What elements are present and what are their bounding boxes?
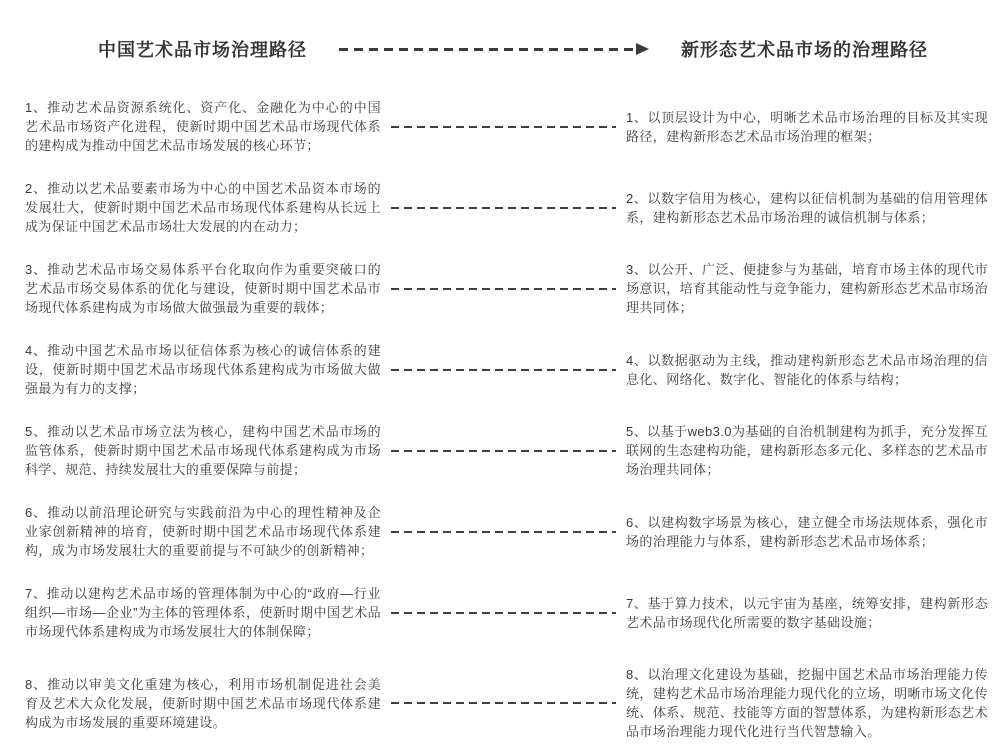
left-path-item-4: 4、推动中国艺术品市场以征信体系为核心的诚信体系的建设，使新时期中国艺术品市场现… xyxy=(25,341,381,398)
connector-line-8 xyxy=(391,702,616,704)
arrow-head-icon xyxy=(636,43,649,55)
right-path-item-7: 7、基于算力技术，以元宇宙为基座，统筹安排，建构新形态艺术品市场现代化所需要的数… xyxy=(626,594,988,632)
right-path-item-6: 6、以建构数字场景为核心，建立健全市场法规体系，强化市场的治理能力与体系，建构新… xyxy=(626,513,988,551)
right-column-title: 新形态艺术品市场的治理路径 xyxy=(681,36,928,62)
connector-line-2 xyxy=(391,207,616,209)
comparison-diagram: 中国艺术品市场治理路径 新形态艺术品市场的治理路径 1、推动艺术品资源系统化、资… xyxy=(0,0,1000,746)
connector-line-5 xyxy=(391,450,616,452)
left-path-item-8: 8、推动以审美文化重建为核心，利用市场机制促进社会美育及艺术大众化发展，使新时期… xyxy=(25,675,381,732)
left-path-item-6: 6、推动以前沿理论研究与实践前沿为中心的理性精神及企业家创新精神的培育，使新时期… xyxy=(25,503,381,560)
right-path-item-4: 4、以数据驱动为主线，推动建构新形态艺术品市场治理的信息化、网络化、数字化、智能… xyxy=(626,351,988,389)
row-3: 3、推动艺术品市场交易体系平台化取向作为重要突破口的艺术品市场交易体系的优化与建… xyxy=(0,260,1000,317)
left-column-title: 中国艺术品市场治理路径 xyxy=(98,36,307,62)
left-path-item-7: 7、推动以建构艺术品市场的管理体制为中心的“政府—行业组织—市场—企业”为主体的… xyxy=(25,584,381,641)
row-6: 6、推动以前沿理论研究与实践前沿为中心的理性精神及企业家创新精神的培育，使新时期… xyxy=(0,503,1000,560)
row-1: 1、推动艺术品资源系统化、资产化、金融化为中心的中国艺术品市场资产化进程，使新时… xyxy=(0,98,1000,155)
connector-line-4 xyxy=(391,369,616,371)
header: 中国艺术品市场治理路径 新形态艺术品市场的治理路径 xyxy=(0,30,1000,62)
left-path-item-1: 1、推动艺术品资源系统化、资产化、金融化为中心的中国艺术品市场资产化进程，使新时… xyxy=(25,98,381,155)
row-8: 8、推动以审美文化重建为核心，利用市场机制促进社会美育及艺术大众化发展，使新时期… xyxy=(0,665,1000,741)
left-path-item-5: 5、推动以艺术品市场立法为核心，建构中国艺术品市场的监管体系，使新时期中国艺术品… xyxy=(25,422,381,479)
connector-line-1 xyxy=(391,126,616,128)
connector-line-3 xyxy=(391,288,616,290)
connector-line-6 xyxy=(391,531,616,533)
right-path-item-2: 2、以数字信用为核心，建构以征信机制为基础的信用管理体系，建构新形态艺术品市场治… xyxy=(626,189,988,227)
connector-line-7 xyxy=(391,612,616,614)
rows: 1、推动艺术品资源系统化、资产化、金融化为中心的中国艺术品市场资产化进程，使新时… xyxy=(0,98,1000,741)
row-2: 2、推动以艺术品要素市场为中心的中国艺术品资本市场的发展壮大，使新时期中国艺术品… xyxy=(0,179,1000,236)
right-path-item-3: 3、以公开、广泛、便捷参与为基础，培育市场主体的现代市场意识，培育其能动性与竞争… xyxy=(626,260,988,317)
left-path-item-2: 2、推动以艺术品要素市场为中心的中国艺术品资本市场的发展壮大，使新时期中国艺术品… xyxy=(25,179,381,236)
dashed-line xyxy=(339,48,637,51)
row-4: 4、推动中国艺术品市场以征信体系为核心的诚信体系的建设，使新时期中国艺术品市场现… xyxy=(0,341,1000,398)
left-path-item-3: 3、推动艺术品市场交易体系平台化取向作为重要突破口的艺术品市场交易体系的优化与建… xyxy=(25,260,381,317)
right-path-item-5: 5、以基于web3.0为基础的自治机制建构为抓手，充分发挥互联网的生态建构功能，… xyxy=(626,422,988,479)
row-5: 5、推动以艺术品市场立法为核心，建构中国艺术品市场的监管体系，使新时期中国艺术品… xyxy=(0,422,1000,479)
right-path-item-1: 1、以顶层设计为中心，明晰艺术品市场治理的目标及其实现路径，建构新形态艺术品市场… xyxy=(626,108,988,146)
right-path-item-8: 8、以治理文化建设为基础，挖掘中国艺术品市场治理能力传统，建构艺术品市场治理能力… xyxy=(626,665,988,741)
transition-arrow xyxy=(339,43,649,55)
row-7: 7、推动以建构艺术品市场的管理体制为中心的“政府—行业组织—市场—企业”为主体的… xyxy=(0,584,1000,641)
